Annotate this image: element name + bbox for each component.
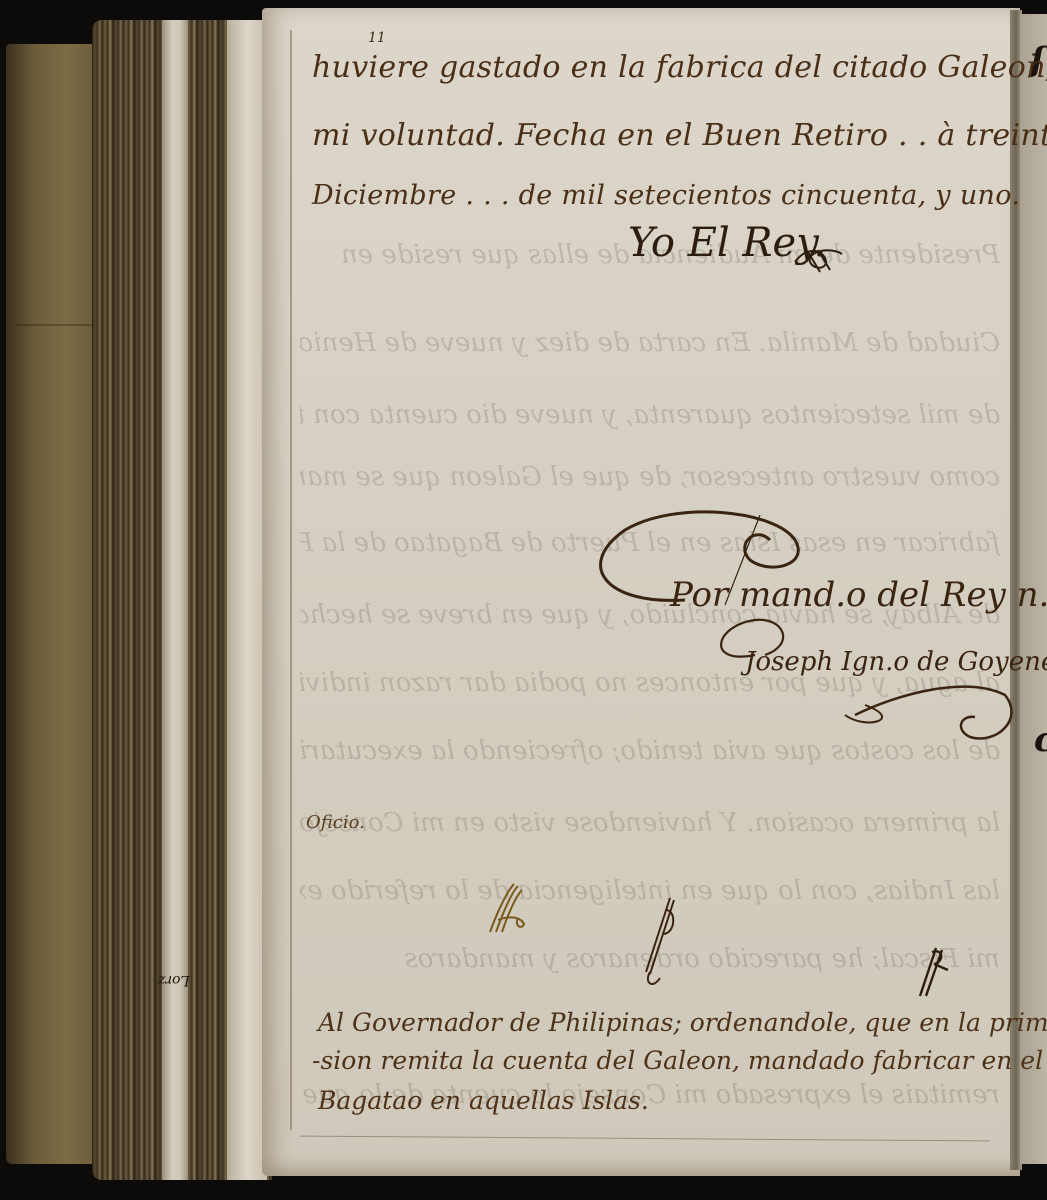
body-line: huviere gastado en la fabrica del citado… [312, 50, 1047, 85]
margin-rule [290, 30, 292, 1130]
summary-line: Al Governador de Philipinas; ordenandole… [318, 1008, 1047, 1037]
signature-flourishes [565, 505, 1025, 765]
summary-line: -sion remita la cuenta del Galeon, manda… [312, 1046, 1047, 1075]
secretary-signature-line2: Joseph Ign.o de Goyenecha [745, 647, 1047, 677]
spine-note: Lorz [158, 972, 190, 988]
facing-page-ink-mark: c [1034, 720, 1047, 760]
bleed-through-line: la primera ocasion. Y haviendose visto e… [300, 808, 1000, 838]
summary-line: Bagatao en aquellas Islas. [318, 1086, 649, 1115]
bleed-through-line: Ciudad de Manila. En carta de diez y nue… [300, 328, 1000, 358]
councillor-rubric-1 [478, 880, 538, 940]
royal-rubric-flourish [790, 240, 850, 276]
page-number-mark: 11 [368, 30, 386, 46]
manuscript-photo: Lorz ſ c 11 Presidente de mi Audiencia d… [0, 0, 1047, 1200]
page-edges-stack [92, 20, 272, 1180]
inner-page-edge [162, 20, 188, 1180]
bleed-through-line: de mil setecientos quarenta, y nueve dio… [300, 400, 1000, 430]
secretary-signature-block: Por mand.o del Rey n.ro S.r Joseph Ign.o… [565, 505, 1025, 765]
inner-page-edge-2 [227, 20, 267, 1180]
councillor-rubric-2 [636, 892, 686, 992]
margin-label-oficio: Oficio. [306, 812, 365, 833]
secretary-signature-line1: Por mand.o del Rey n.ro S.r [670, 575, 1047, 615]
councillor-rubric-3 [914, 940, 954, 1000]
bleed-through-line: como vuestro antecesor, de que el Galeon… [300, 462, 1000, 492]
body-line: mi voluntad. Fecha en el Buen Retiro . .… [312, 118, 1047, 153]
body-line: Diciembre . . . de mil setecientos cincu… [312, 180, 1020, 211]
